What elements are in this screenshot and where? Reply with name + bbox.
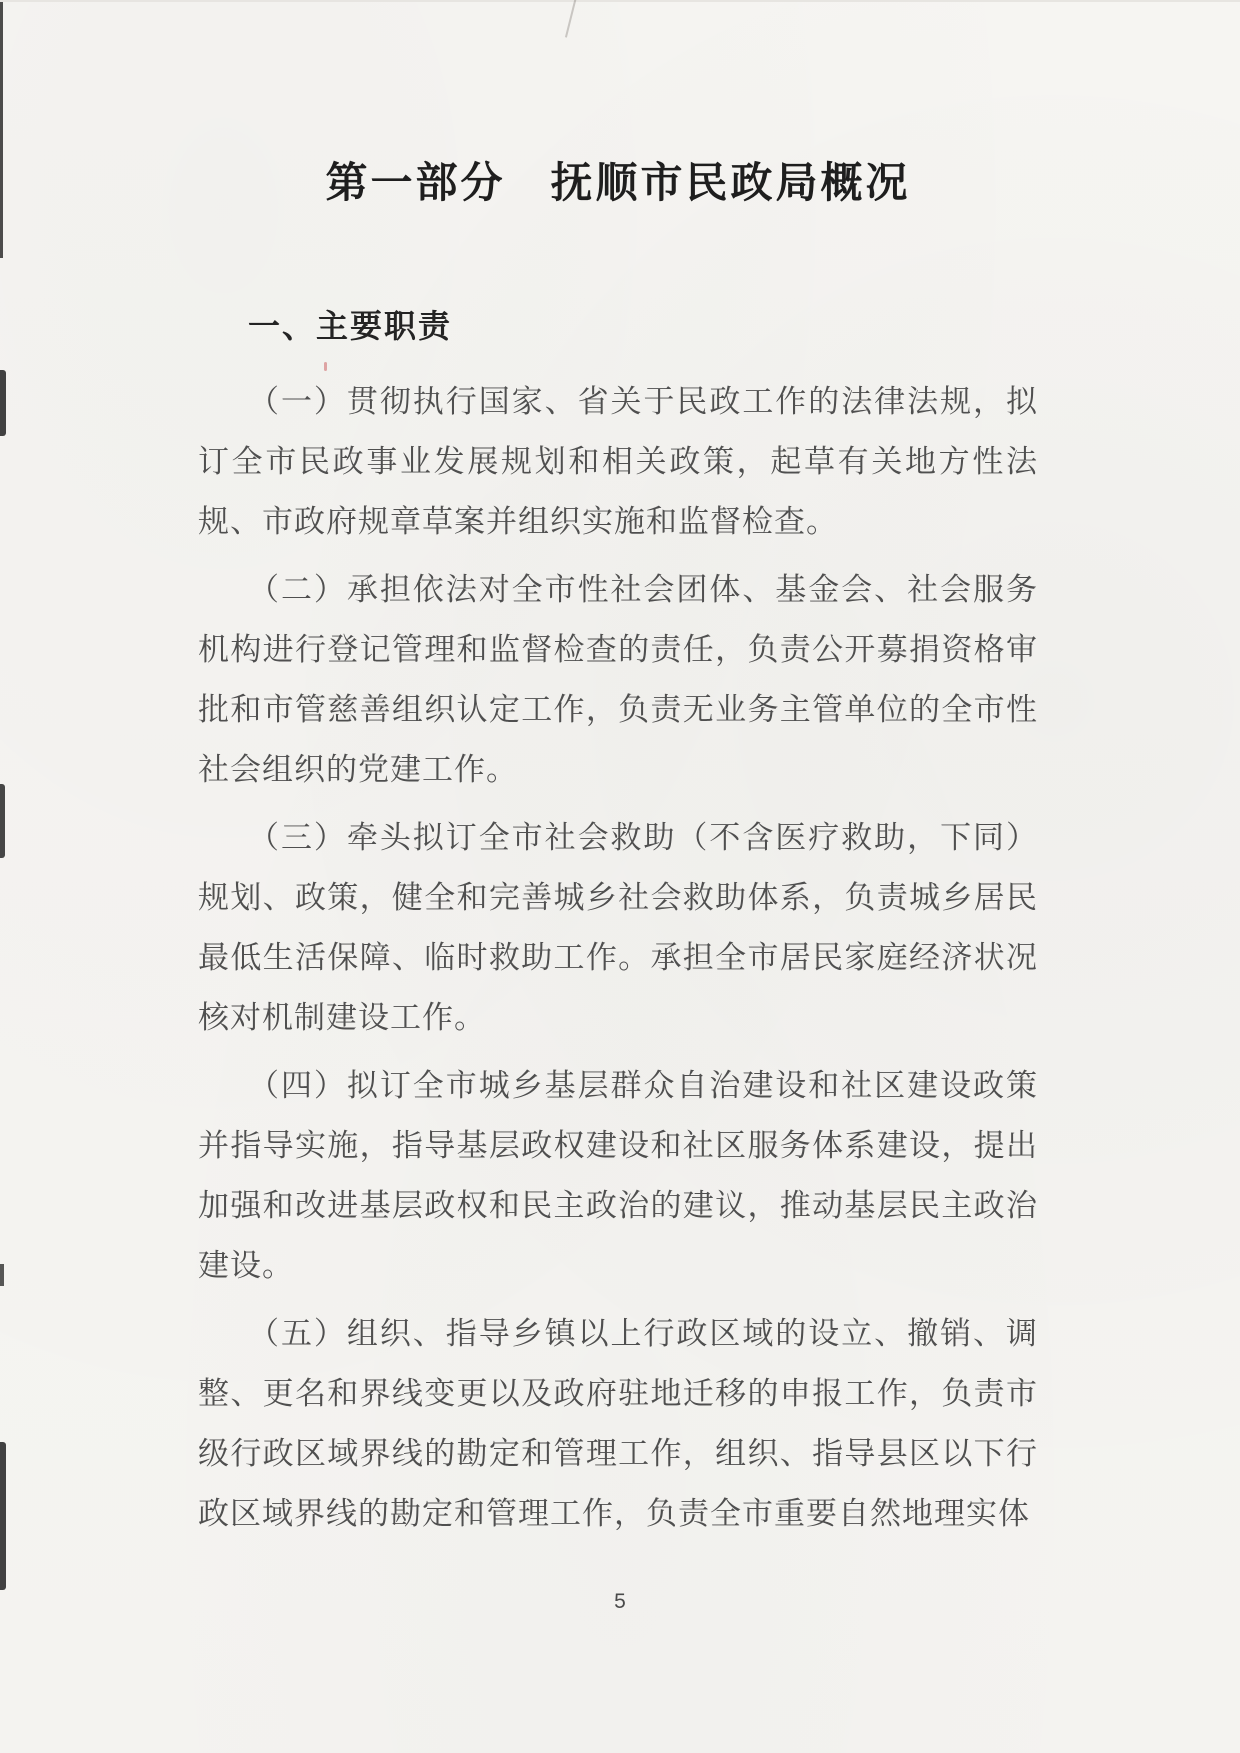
- scanned-document-page: { "document": { "title": "第一部分 抚顺市民政局概况"…: [0, 0, 1240, 1753]
- page-number: 5: [0, 1590, 1240, 1614]
- body-text: （一）贯彻执行国家、省关于民政工作的法律法规，拟订全市民政事业发展规划和相关政策…: [198, 372, 1038, 1544]
- paragraph-1: （一）贯彻执行国家、省关于民政工作的法律法规，拟订全市民政事业发展规划和相关政策…: [198, 372, 1038, 552]
- document-content: 第一部分 抚顺市民政局概况 一、主要职责 （一）贯彻执行国家、省关于民政工作的法…: [198, 2, 1038, 1552]
- scan-edge-artifact: [0, 370, 6, 436]
- page-title: 第一部分 抚顺市民政局概况: [198, 158, 1038, 208]
- paragraph-5: （五）组织、指导乡镇以上行政区域的设立、撤销、调整、更名和界线变更以及政府驻地迁…: [198, 1304, 1038, 1544]
- paragraph-4: （四）拟订全市城乡基层群众自治建设和社区建设政策并指导实施，指导基层政权建设和社…: [198, 1056, 1038, 1296]
- scan-edge-artifact: [0, 1264, 4, 1286]
- scan-edge-artifact: [0, 784, 5, 858]
- scan-edge-artifact: [0, 2, 3, 258]
- paper-background: 第一部分 抚顺市民政局概况 一、主要职责 （一）贯彻执行国家、省关于民政工作的法…: [0, 0, 1240, 1753]
- paragraph-2: （二）承担依法对全市性社会团体、基金会、社会服务机构进行登记管理和监督检查的责任…: [198, 560, 1038, 800]
- section-heading: 一、主要职责: [198, 304, 1038, 348]
- scan-edge-artifact: [0, 1442, 6, 1590]
- paragraph-3: （三）牵头拟订全市社会救助（不含医疗救助，下同）规划、政策，健全和完善城乡社会救…: [198, 808, 1038, 1048]
